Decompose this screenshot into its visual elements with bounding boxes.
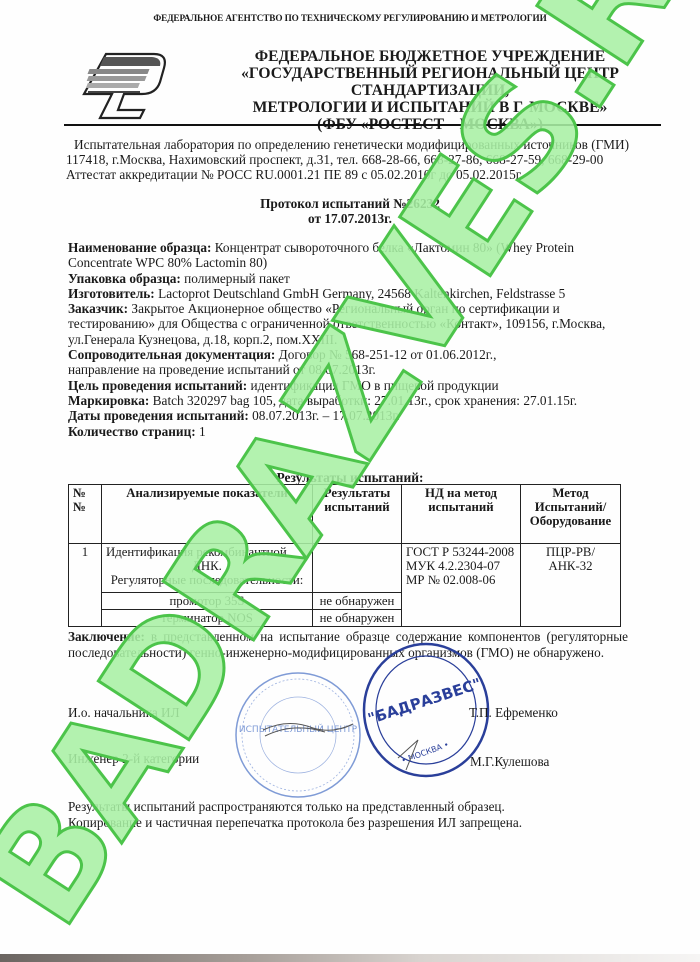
cell-subindicator: терминатор NOS bbox=[102, 610, 313, 627]
field-documents-cont: направление на проведение испытаний от 0… bbox=[68, 362, 668, 377]
rostest-logo-icon bbox=[78, 48, 168, 120]
field-label: Изготовитель: bbox=[68, 286, 155, 301]
indicator-text: Идентификация рекомбинантной bbox=[106, 545, 308, 559]
col-header-num: № № bbox=[69, 485, 102, 544]
lab-address: 117418, г.Москва, Нахимовский проспект, … bbox=[66, 152, 676, 167]
field-purpose: Цель проведения испытаний: идентификация… bbox=[68, 378, 668, 393]
note-line: Результаты испытаний распространяются то… bbox=[68, 799, 522, 815]
field-pages: Количество страниц: 1 bbox=[68, 424, 668, 439]
agency-name: ФЕДЕРАЛЬНОЕ АГЕНТСТВО ПО ТЕХНИЧЕСКОМУ РЕ… bbox=[0, 13, 700, 23]
field-label: Наименование образца: bbox=[68, 240, 211, 255]
document-page: ФЕДЕРАЛЬНОЕ АГЕНТСТВО ПО ТЕХНИЧЕСКОМУ РЕ… bbox=[0, 0, 700, 962]
lab-name: Испытательная лаборатория по определению… bbox=[66, 137, 676, 152]
field-customer-cont: ул.Генерала Кузнецова, д.18, корп.2, пом… bbox=[68, 332, 668, 347]
field-value: полимерный пакет bbox=[181, 271, 290, 286]
protocol-date: от 17.07.2013г. bbox=[0, 211, 700, 226]
field-sample-name: Наименование образца: Концентрат сыворот… bbox=[68, 240, 668, 255]
lab-info: Испытательная лаборатория по определению… bbox=[66, 137, 676, 182]
field-label: Упаковка образца: bbox=[68, 271, 181, 286]
results-table: № № Анализируемые показатели Результаты … bbox=[68, 484, 621, 627]
method-text: ПЦР-РВ/ bbox=[525, 545, 616, 559]
field-packaging: Упаковка образца: полимерный пакет bbox=[68, 271, 668, 286]
signatory-role-2: Инженер 2-й категории bbox=[68, 751, 199, 767]
footer-notes: Результаты испытаний распространяются то… bbox=[68, 799, 522, 831]
cell-subresult: не обнаружен bbox=[313, 610, 402, 627]
nd-text: ГОСТ Р 53244-2008 bbox=[406, 545, 516, 559]
org-line: «ГОСУДАРСТВЕННЫЙ РЕГИОНАЛЬНЫЙ ЦЕНТР СТАН… bbox=[170, 65, 690, 99]
signatory-role-1: И.о. начальника ИЛ bbox=[68, 705, 180, 721]
field-value: Договор № 568-251-12 от 01.06.2012г., bbox=[275, 347, 496, 362]
header-divider bbox=[64, 124, 661, 126]
cell-num: 1 bbox=[69, 544, 102, 627]
cell-nd: ГОСТ Р 53244-2008 МУК 4.2.2304-07 МР № 0… bbox=[402, 544, 521, 627]
cell-method: ПЦР-РВ/ АНК-32 bbox=[521, 544, 621, 627]
field-dates: Даты проведения испытаний: 08.07.2013г. … bbox=[68, 408, 668, 423]
conclusion-text: в представленном на испытание образце со… bbox=[68, 629, 628, 660]
method-text: АНК-32 bbox=[525, 559, 616, 573]
field-manufacturer: Изготовитель: Lactoprot Deutschland GmbH… bbox=[68, 286, 668, 301]
field-customer-cont: тестированию» для Общества с ограниченно… bbox=[68, 316, 668, 331]
field-label: Цель проведения испытаний: bbox=[68, 378, 247, 393]
protocol-title: Протокол испытаний №26232 bbox=[0, 196, 700, 211]
field-label: Маркировка: bbox=[68, 393, 149, 408]
note-line: Копирование и частичная перепечатка прот… bbox=[68, 815, 522, 831]
nd-text: МР № 02.008-06 bbox=[406, 573, 516, 587]
field-label: Заказчик: bbox=[68, 301, 128, 316]
signatory-name-2: М.Г.Кулешова bbox=[470, 754, 549, 770]
field-customer: Заказчик: Закрытое Акционерное общество … bbox=[68, 301, 668, 316]
lab-stamp-icon: ИСПЫТАТЕЛЬНЫЙ ЦЕНТР bbox=[233, 670, 363, 800]
field-label: Даты проведения испытаний: bbox=[68, 408, 249, 423]
signatory-name-1: Т.П. Ефременко bbox=[469, 705, 558, 721]
field-documents: Сопроводительная документация: Договор №… bbox=[68, 347, 668, 362]
field-marking: Маркировка: Batch 320297 bag 105, дата в… bbox=[68, 393, 668, 408]
table-header-row: № № Анализируемые показатели Результаты … bbox=[69, 485, 621, 544]
cell-result-empty bbox=[313, 544, 402, 593]
field-value: Закрытое Акционерное общество «Региональ… bbox=[128, 301, 560, 316]
cell-indicator: Идентификация рекомбинантной ДНК. Регуля… bbox=[102, 544, 313, 593]
scan-edge bbox=[0, 954, 700, 962]
field-value: 08.07.2013г. – 17.07.2013г. bbox=[249, 408, 400, 423]
field-label: Сопроводительная документация: bbox=[68, 347, 275, 362]
field-value: Lactoprot Deutschland GmbH Germany, 2456… bbox=[155, 286, 566, 301]
indicator-text: Регуляторные последовательности: bbox=[106, 573, 308, 587]
field-value: Batch 320297 bag 105, дата выработки: 27… bbox=[149, 393, 577, 408]
sample-fields: Наименование образца: Концентрат сыворот… bbox=[68, 240, 668, 439]
protocol-heading: Протокол испытаний №26232 от 17.07.2013г… bbox=[0, 196, 700, 226]
table-row: 1 Идентификация рекомбинантной ДНК. Регу… bbox=[69, 544, 621, 593]
field-sample-name-cont: Concentrate WPC 80% Lactomin 80) bbox=[68, 255, 668, 270]
conclusion: Заключение: в представленном на испытани… bbox=[68, 629, 628, 660]
cell-subresult: не обнаружен bbox=[313, 593, 402, 610]
field-value: идентификация ГМО в пищевой продукции bbox=[247, 378, 498, 393]
organization-title: ФЕДЕРАЛЬНОЕ БЮДЖЕТНОЕ УЧРЕЖДЕНИЕ «ГОСУДА… bbox=[170, 48, 690, 133]
org-line: МЕТРОЛОГИИ И ИСПЫТАНИЙ В Г. МОСКВЕ» bbox=[170, 99, 690, 116]
conclusion-label: Заключение: bbox=[68, 629, 145, 644]
col-header-indicator: Анализируемые показатели bbox=[102, 485, 313, 544]
col-header-result: Результаты испытаний bbox=[313, 485, 402, 544]
lab-accreditation: Аттестат аккредитации № РОСС RU.0001.21 … bbox=[66, 167, 676, 182]
indicator-text: ДНК. bbox=[106, 559, 308, 573]
field-label: Количество страниц: bbox=[68, 424, 196, 439]
cell-subindicator: промотор 35S bbox=[102, 593, 313, 610]
col-header-method: Метод Испытаний/ Оборудование bbox=[521, 485, 621, 544]
org-line: ФЕДЕРАЛЬНОЕ БЮДЖЕТНОЕ УЧРЕЖДЕНИЕ bbox=[170, 48, 690, 65]
nd-text: МУК 4.2.2304-07 bbox=[406, 559, 516, 573]
col-header-nd: НД на метод испытаний bbox=[402, 485, 521, 544]
field-value: Концентрат сывороточного белка «Лактомин… bbox=[211, 240, 574, 255]
field-value: 1 bbox=[196, 424, 206, 439]
